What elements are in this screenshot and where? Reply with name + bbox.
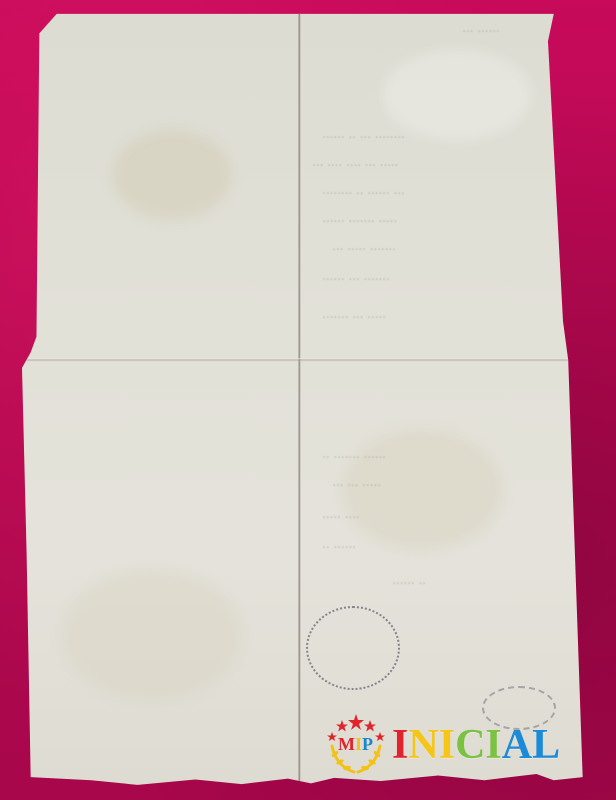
ink-line: ·· ······· ······ <box>322 450 386 467</box>
brand-wordmark: INICIAL <box>392 724 560 766</box>
ink-line: ······· ··· ····· <box>322 310 386 327</box>
emblem-letter-p: P <box>362 734 373 754</box>
age-stain <box>112 130 232 220</box>
ink-line: ··· ···· ···· ··· ····· <box>312 158 398 175</box>
brand-letter: I <box>392 722 408 768</box>
brand-letter: I <box>439 722 455 768</box>
ink-line: ······ ·· ··· ········ <box>322 130 405 147</box>
brand-letter: L <box>532 722 560 768</box>
emblem-letter-i: I <box>355 734 362 754</box>
emblem-letters: MIP <box>338 734 373 755</box>
vertical-fold-line <box>298 10 301 788</box>
brand-letter: N <box>408 722 438 768</box>
brand-letter: I <box>485 722 501 768</box>
ink-line: ········ ·· ······ ··· <box>322 186 405 203</box>
brand-letter: C <box>455 722 485 768</box>
faded-seal-stamp <box>306 606 400 690</box>
ink-line: ··· ····· ······· <box>332 242 396 259</box>
ink-line: ····· ···· <box>322 510 360 527</box>
ink-line: ·· ······ <box>322 540 356 557</box>
age-stain <box>62 570 242 700</box>
ink-line: ······ ······· ····· <box>322 214 397 231</box>
document-paper: ··· ······ ······ ·· ··· ········ ··· ··… <box>22 10 600 788</box>
inicial-watermark-logo: MIP INICIAL <box>326 712 596 778</box>
ink-line: ······ ·· <box>392 576 426 593</box>
ink-line: ······ ··· ······· <box>322 272 390 289</box>
mip-emblem: MIP <box>326 712 386 778</box>
ink-line: ··· ······ <box>462 24 500 41</box>
age-stain <box>382 50 532 140</box>
brand-letter: A <box>502 722 532 768</box>
ink-line: ··· ··· ····· <box>332 478 381 495</box>
horizontal-fold-line <box>22 358 600 362</box>
emblem-letter-m: M <box>338 734 355 754</box>
